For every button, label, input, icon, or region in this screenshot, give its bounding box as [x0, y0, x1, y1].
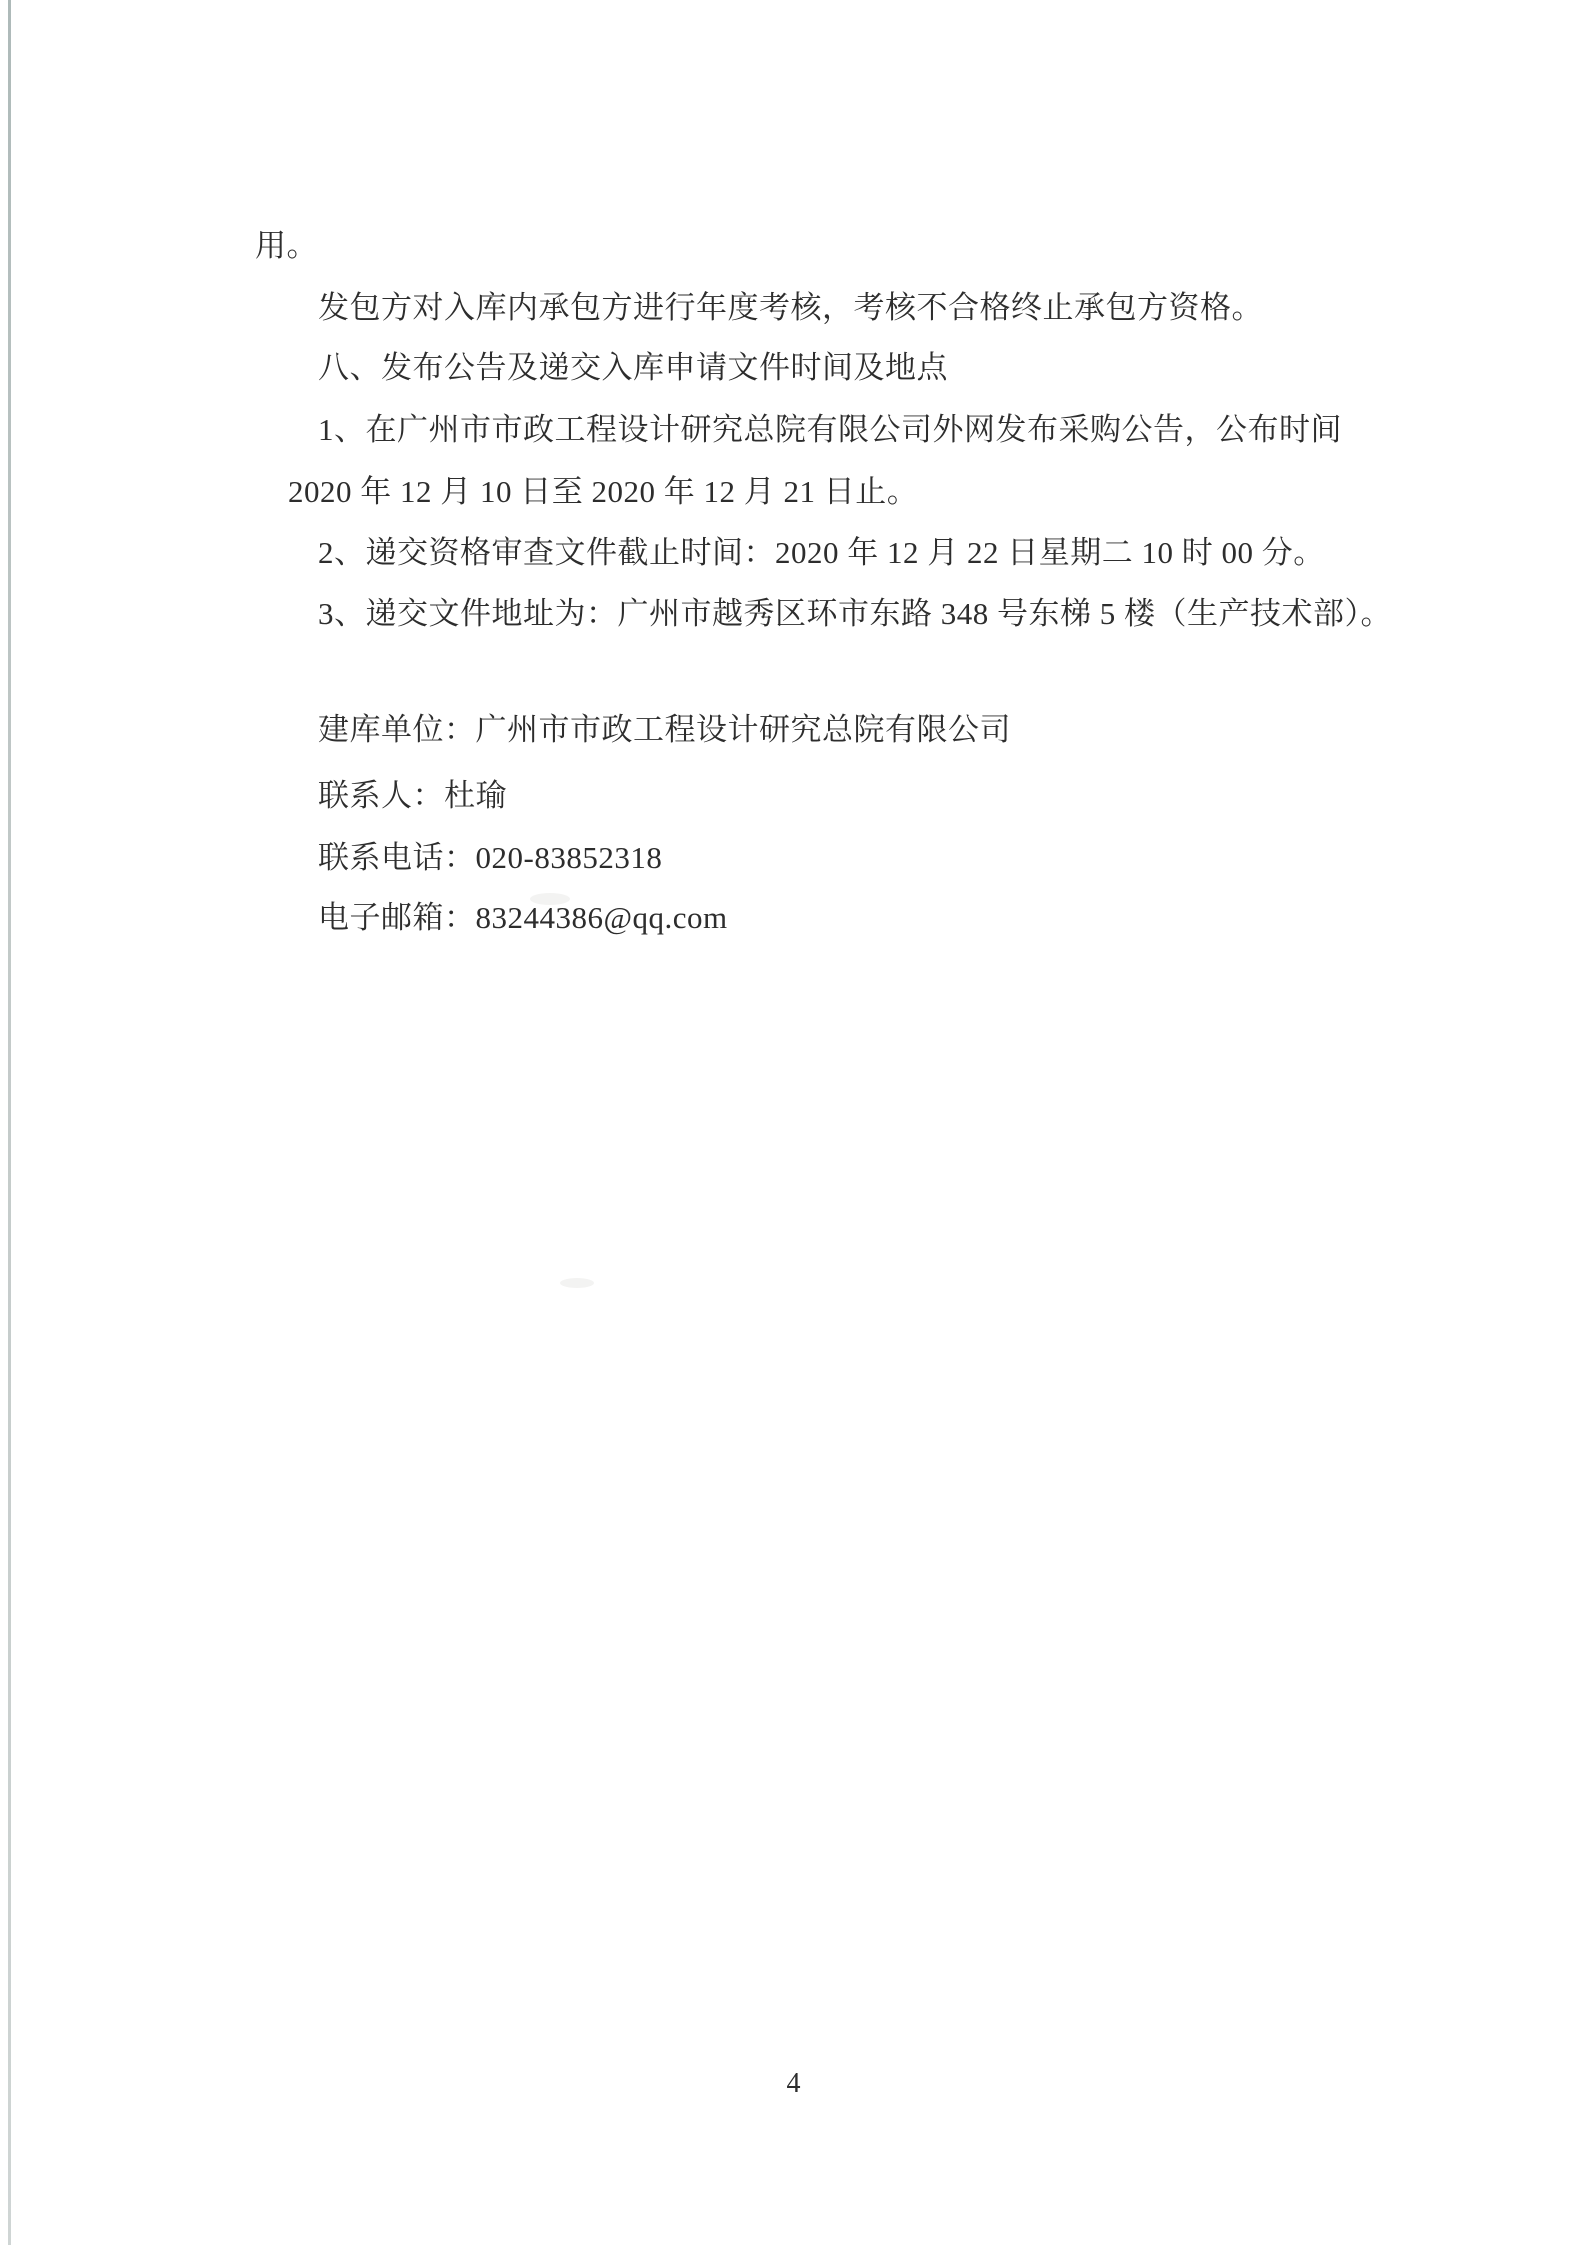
page-number: 4 [0, 2068, 1587, 2100]
contact-person-line: 联系人：杜瑜 [318, 778, 507, 814]
section-heading-announcement: 八、发布公告及递交入库申请文件时间及地点 [318, 350, 948, 386]
item-1-date-range-line: 2020 年 12 月 10 日至 2020 年 12 月 21 日止。 [288, 474, 918, 510]
annual-assessment-paragraph: 发包方对入库内承包方进行年度考核，考核不合格终止承包方资格。 [318, 290, 1263, 326]
document-page: 用。 发包方对入库内承包方进行年度考核，考核不合格终止承包方资格。 八、发布公告… [0, 0, 1587, 2245]
scan-smudge [560, 1278, 594, 1288]
org-name-line: 建库单位：广州市市政工程设计研究总院有限公司 [318, 712, 1011, 748]
scan-edge-line [8, 0, 11, 2245]
item-1-announcement-line: 1、在广州市市政工程设计研究总院有限公司外网发布采购公告，公布时间 [318, 412, 1342, 448]
item-2-deadline-line: 2、递交资格审查文件截止时间：2020 年 12 月 22 日星期二 10 时 … [318, 535, 1325, 571]
contact-phone-line: 联系电话：020-83852318 [318, 840, 662, 876]
paragraph-continuation-line: 用。 [255, 228, 318, 264]
contact-email-line: 电子邮箱：83244386@qq.com [318, 900, 728, 936]
item-3-address-line: 3、递交文件地址为：广州市越秀区环市东路 348 号东梯 5 楼（生产技术部）。 [318, 596, 1392, 632]
